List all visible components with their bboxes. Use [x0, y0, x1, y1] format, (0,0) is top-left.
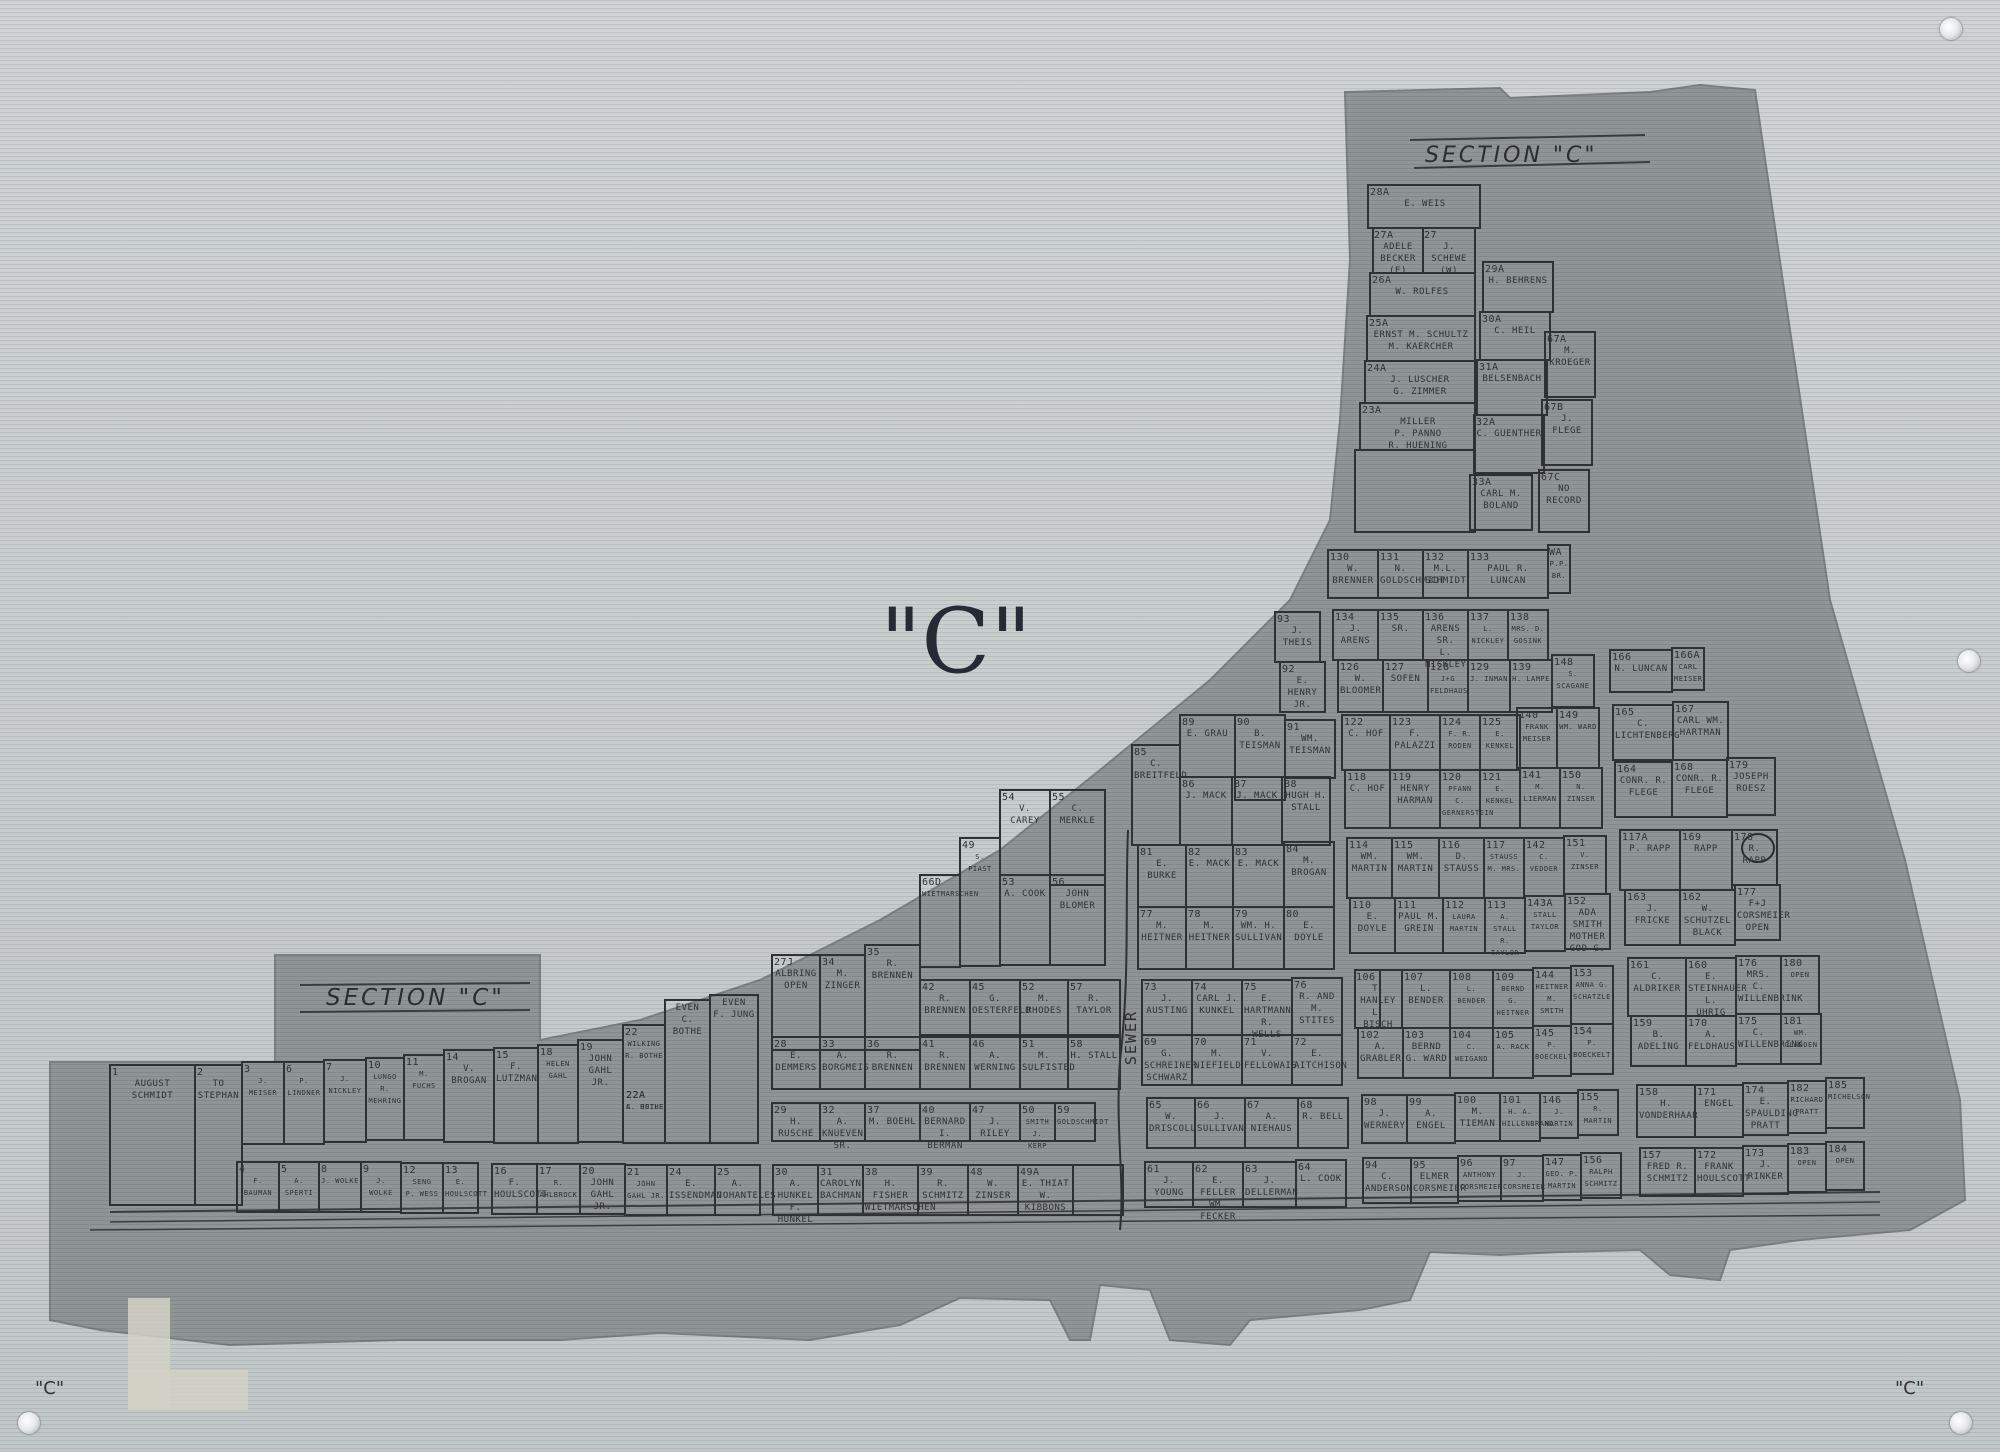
plot-number: 49	[962, 840, 998, 851]
plot-24[interactable]: 24E. ISSENDMAN	[669, 1167, 713, 1202]
plot-134[interactable]: 134J. ARENS	[1335, 612, 1376, 647]
plot-21[interactable]: 21JOHN GAHL JR.	[627, 1167, 665, 1202]
plot-owner-name: D. STAUSS	[1444, 852, 1480, 874]
plot-owner-name: JOHN BLOMER	[1060, 889, 1096, 911]
plot-number: 91	[1287, 722, 1333, 733]
plot-number: 164	[1617, 764, 1670, 775]
plot-166a[interactable]: 166ACARL MEISER	[1674, 650, 1702, 685]
plot-36[interactable]: 36R. BRENNEN	[867, 1039, 918, 1074]
plot-62[interactable]: 62E. FELLER WM. FECKER	[1195, 1164, 1241, 1223]
plot-96[interactable]: 96ANTHONY CORSMEIER	[1460, 1158, 1499, 1193]
plot-97[interactable]: 97J. CORSMEIER	[1503, 1158, 1541, 1193]
plot-number: 97	[1503, 1158, 1541, 1169]
corner-note-bottom-right: "C"	[1895, 1378, 1924, 1399]
plot-32a[interactable]: 32AC. GUENTHER	[1476, 417, 1542, 440]
plot-number: 12	[403, 1165, 441, 1176]
plot-64[interactable]: 64L. COOK	[1298, 1162, 1344, 1185]
plot-66[interactable]: 66J. SULLIVAN	[1197, 1100, 1243, 1135]
plot-number: 73	[1144, 982, 1190, 993]
plot-number: 37	[867, 1105, 918, 1116]
plot-174[interactable]: 174E. SPAULDING PRATT	[1745, 1085, 1786, 1132]
plot-142[interactable]: 142C. VEDDER	[1526, 840, 1562, 875]
plot-113[interactable]: 113A. STALL R. TAYLOR	[1487, 900, 1523, 959]
plot-144[interactable]: 144HEITNER M. SMITH	[1535, 970, 1569, 1017]
plot-56[interactable]: 56JOHN BLOMER	[1052, 877, 1103, 912]
plot-number: 27A	[1374, 230, 1422, 241]
plot-owner-name: E. WEIS	[1404, 199, 1445, 209]
plot-number: 23A	[1362, 405, 1474, 416]
plot-154[interactable]: 154P. BOECKELT	[1573, 1026, 1611, 1061]
plot-owner-name: R. MARTIN	[1584, 1105, 1612, 1125]
plot-25a[interactable]: 25AERNST M. SCHULTZ M. KAERCHER	[1369, 318, 1473, 353]
plot-181[interactable]: 181WM. GLADDEN	[1783, 1016, 1819, 1051]
plot-owner-name: P.P. BR.	[1550, 560, 1569, 580]
plot-22[interactable]: 22WILKING R. BOTHE	[625, 1027, 663, 1062]
pushpin-icon	[1950, 1412, 1972, 1434]
plot-number: 85	[1134, 747, 1178, 758]
plot-owner-name: PAUL M. GREIN	[1398, 912, 1439, 934]
plot-7[interactable]: 7J. NICKLEY	[326, 1062, 364, 1097]
plot-133[interactable]: 133PAUL R. LUNCAN	[1470, 552, 1546, 587]
plot-18[interactable]: 18HELEN GAHL	[540, 1047, 576, 1082]
plot-54[interactable]: 54V. CAREY	[1002, 792, 1048, 827]
plot-156[interactable]: 156RALPH SCHMITZ	[1583, 1155, 1619, 1190]
plot-owner-name: M. FUCHS	[412, 1070, 436, 1090]
plot-128[interactable]: 128J+G FELDHAUS	[1430, 662, 1466, 697]
plot-25[interactable]: 25A. JOHANTELES	[717, 1167, 758, 1202]
plot-2[interactable]: 2TO STEPHAN	[197, 1067, 240, 1102]
plot-number: 13	[445, 1165, 476, 1176]
plot-183[interactable]: 183OPEN	[1790, 1146, 1824, 1169]
plot-owner-name: SENG P. WESS	[405, 1178, 438, 1198]
plot-135[interactable]: 135SR.	[1380, 612, 1421, 635]
plot-owner-name: E. GRAU	[1187, 729, 1228, 739]
plot-137[interactable]: 137L. NICKLEY	[1470, 612, 1506, 647]
plot-owner-name: WM. TEISMAN	[1289, 734, 1330, 756]
plot-owner-name: C. HOF	[1350, 784, 1386, 794]
plot-owner-name: R. SCHMITZ	[922, 1179, 963, 1201]
plot-number: 169	[1682, 832, 1730, 843]
plot-126[interactable]: 126W. BLOOMER	[1340, 662, 1381, 697]
plot-number: 116	[1441, 840, 1482, 851]
plot-179[interactable]: 179JOSEPH ROESZ	[1729, 760, 1773, 795]
plot-79[interactable]: 79WM. H. SULLIVAN	[1235, 909, 1282, 944]
plot-number: 128	[1430, 662, 1466, 673]
plot-owner-name: E. MACK	[1189, 859, 1230, 869]
plot-111[interactable]: 111PAUL M. GREIN	[1397, 900, 1441, 935]
plot-owner-name: R. AHLBROCK	[540, 1179, 578, 1199]
plot-151[interactable]: 151V. ZINSER	[1566, 838, 1604, 873]
plot-152[interactable]: 152ADA SMITH MOTHER GOD G.	[1567, 896, 1608, 955]
plot-49[interactable]: 49S. PIAST	[962, 840, 998, 875]
plot-166[interactable]: 166N. LUNCAN	[1612, 652, 1670, 675]
plot-167[interactable]: 167CARL WM. HARTMAN	[1675, 704, 1726, 739]
plot-74[interactable]: 74CARL J. KUNKEL	[1194, 982, 1240, 1017]
plot-108[interactable]: 108L. BENDER	[1452, 972, 1491, 1007]
plot-owner-name: M. RHODES	[1026, 994, 1062, 1016]
plot-number: 171	[1697, 1087, 1741, 1098]
plot-number: 103	[1405, 1030, 1448, 1041]
plot-71[interactable]: 71V. FELLOWAIS	[1244, 1037, 1290, 1072]
plot-6[interactable]: 6P. LINDNER	[286, 1064, 322, 1099]
plot-owner-name: HEITNER M. SMITH	[1535, 983, 1568, 1015]
plot-77[interactable]: 77M. HEITNER	[1140, 909, 1184, 944]
plot-102[interactable]: 102A. GRABLER	[1360, 1030, 1401, 1065]
plot-73[interactable]: 73J. AUSTING	[1144, 982, 1190, 1017]
plot-67[interactable]: 67A. NIEHAUS	[1247, 1100, 1296, 1135]
plot-130[interactable]: 130W. BRENNER	[1330, 552, 1376, 587]
plot-170[interactable]: 170A. FELDHAUS	[1688, 1018, 1734, 1053]
plot-176[interactable]: 176MRS. C. WILLENBRINK	[1738, 958, 1779, 1005]
plot-28[interactable]: 28E. DEMMERS	[774, 1039, 818, 1074]
plot-117a[interactable]: 117AP. RAPP	[1622, 832, 1678, 855]
plot-even1[interactable]: EVEN C. BOTHE	[667, 1002, 708, 1038]
plot-30a[interactable]: 30AC. HEIL	[1482, 314, 1548, 337]
plot-number: 7	[326, 1062, 364, 1073]
plot-owner-name: FRANK MEISER	[1523, 723, 1551, 743]
plot-147[interactable]: 147GEO. P. MARTIN	[1545, 1157, 1579, 1192]
plot-184[interactable]: 184OPEN	[1828, 1144, 1862, 1167]
plot-26a[interactable]: 26AW. ROLFES	[1372, 275, 1472, 298]
plot-owner-name: SMITH J. KERP	[1026, 1118, 1050, 1150]
plot-61[interactable]: 61J. YOUNG	[1147, 1164, 1191, 1199]
plot-38[interactable]: 38H. FISHER WIETMARSCHEN	[865, 1167, 916, 1214]
plot-139[interactable]: 139H. LAMPE	[1512, 662, 1550, 685]
plot-155[interactable]: 155R. MARTIN	[1580, 1092, 1616, 1127]
plot-68[interactable]: 68R. BELL	[1300, 1100, 1346, 1123]
plot-107[interactable]: 107L. BENDER	[1404, 972, 1448, 1007]
plot-owner-name: R. BRENNEN	[872, 1051, 913, 1073]
plot-number: 5	[281, 1164, 317, 1175]
plot-owner-name: RAPP	[1694, 844, 1718, 854]
plot-33[interactable]: 33A. BORGMEIS	[822, 1039, 863, 1074]
plot-91[interactable]: 91WM. TEISMAN	[1287, 722, 1333, 757]
plot-number: 14	[446, 1052, 492, 1063]
plot-31[interactable]: 31CAROLYN BACHMAN	[820, 1167, 861, 1202]
plot-150[interactable]: 150N. ZINSER	[1562, 770, 1600, 805]
plot-103[interactable]: 103BERND G. WARD	[1405, 1030, 1448, 1065]
plot-48[interactable]: 48W. ZINSER	[970, 1167, 1016, 1202]
plot-number: 67B	[1544, 402, 1590, 413]
plot-number: 117	[1486, 840, 1522, 851]
plot-145[interactable]: 145P. BOECKELT	[1535, 1028, 1569, 1063]
plot-even2[interactable]: EVEN F. JUNG	[712, 997, 756, 1021]
plot-owner-name: WILKING R. BOTHE	[625, 1040, 663, 1060]
plot-owner-name: A. BORGMEIS	[822, 1051, 869, 1073]
plot-owner-name: HELEN GAHL	[546, 1060, 570, 1080]
plot-171[interactable]: 171ENGEL	[1697, 1087, 1741, 1110]
plot-owner-name: M. NIEFIELD	[1194, 1049, 1241, 1071]
plot-number: 175	[1738, 1016, 1779, 1027]
plot-146[interactable]: 146J. MARTIN	[1542, 1095, 1576, 1130]
plot-76[interactable]: 76R. AND M. STITES	[1294, 980, 1340, 1027]
plot-number: 136	[1425, 612, 1466, 623]
plot-104[interactable]: 104C. WEIGAND	[1452, 1030, 1491, 1065]
plot-92[interactable]: 92E. HENRY JR.	[1282, 664, 1323, 711]
plot-1[interactable]: 1AUGUST SCHMIDT	[112, 1067, 193, 1102]
plot-112[interactable]: 112LAURA MARTIN	[1445, 900, 1483, 935]
plot-70[interactable]: 70M. NIEFIELD	[1194, 1037, 1240, 1072]
plot-number: 160	[1688, 960, 1734, 971]
plot-114[interactable]: 114WM. MARTIN	[1349, 840, 1390, 875]
plot-number: 131	[1380, 552, 1421, 563]
plot-owner-name: V. BROGAN	[451, 1064, 487, 1086]
plot-wa[interactable]: WAP.P. BR.	[1549, 547, 1569, 582]
plot-owner-name: N. ZINSER	[1567, 783, 1595, 803]
plot-138[interactable]: 138MRS. D. GOSINK	[1510, 612, 1546, 647]
plot-40[interactable]: 40BERNARD I. BERMAN	[922, 1105, 968, 1152]
plot-11[interactable]: 11M. FUCHS	[406, 1057, 442, 1092]
plot-number: 38	[865, 1167, 916, 1178]
plot-153[interactable]: 153ANNA G. SCHATZLE	[1573, 968, 1611, 1003]
plot-169[interactable]: 169RAPP	[1682, 832, 1730, 855]
plot-89[interactable]: 89E. GRAU	[1182, 717, 1233, 740]
plot-149[interactable]: 149WM. WARD	[1559, 710, 1597, 733]
plot-number: 54	[1002, 792, 1048, 803]
plot-124[interactable]: 124F. R. RODEN	[1442, 717, 1478, 752]
plot-178[interactable]: 178R. RAPP	[1734, 832, 1775, 867]
plot-185[interactable]: 185MICHELSON	[1828, 1080, 1862, 1103]
plot-55[interactable]: 55C. MERKLE	[1052, 792, 1103, 827]
plot-15[interactable]: 15F. LUTZMAN	[496, 1050, 536, 1085]
plot-9[interactable]: 9J. WOLKE	[363, 1164, 399, 1199]
plot-84[interactable]: 84M. BROGAN	[1286, 844, 1332, 879]
plot-116[interactable]: 116D. STAUSS	[1441, 840, 1482, 875]
plot-8[interactable]: 8J. WOLKE	[321, 1164, 359, 1187]
plot-160[interactable]: 160E. STEINHAUER L. UHRIG	[1688, 960, 1734, 1019]
plot-125[interactable]: 125E. KENKEL	[1482, 717, 1518, 752]
plot-owner-name: MICHELSON	[1828, 1093, 1870, 1101]
plot-number: 40	[922, 1105, 968, 1116]
plot-4[interactable]: 4F. BAUMAN	[239, 1164, 277, 1199]
plot-number: 120	[1442, 772, 1478, 783]
plot-owner-name: ERNST M. SCHULTZ M. KAERCHER	[1374, 330, 1469, 352]
plot-owner-name: S. PIAST	[968, 853, 992, 873]
plot-95[interactable]: 95ELMER CORSMEIER	[1413, 1160, 1456, 1195]
plot-number: 135	[1380, 612, 1421, 623]
plot-owner-name: J. CORSMEIER	[1503, 1171, 1545, 1191]
plot-29a[interactable]: 29AH. BEHRENS	[1485, 264, 1551, 287]
plot-72[interactable]: 72E. AITCHISON	[1294, 1037, 1340, 1072]
plot-owner-name: M. HEITNER	[1141, 921, 1182, 943]
plot-131[interactable]: 131N. GOLDSCHMIDT	[1380, 552, 1421, 587]
plot-number: 147	[1545, 1157, 1579, 1168]
plot-number: 67	[1247, 1100, 1296, 1111]
plot-69[interactable]: 69G. SCHREINER SCHWARZ	[1144, 1037, 1190, 1084]
plot-162[interactable]: 162W. SCHUTZEL BLACK	[1682, 892, 1733, 939]
plot-66d[interactable]: 66DWIETMARSCHEN	[922, 877, 958, 900]
plot-owner-name: G. SCHREINER SCHWARZ	[1144, 1049, 1197, 1083]
plot-168[interactable]: 168CONR. R. FLEGE	[1674, 762, 1725, 797]
plot-10[interactable]: 10LUNGO R. MEHRING	[368, 1060, 402, 1107]
plot-173[interactable]: 173J. RINKER	[1745, 1148, 1786, 1183]
plot-85[interactable]: 85C. BREITFELD	[1134, 747, 1178, 782]
plot-65[interactable]: 65W. DRISCOLL	[1149, 1100, 1193, 1135]
plot-140[interactable]: 140FRANK MEISER	[1519, 710, 1555, 745]
plot-87[interactable]: 87J. MACK	[1234, 779, 1280, 802]
plot-number: 51	[1022, 1039, 1066, 1050]
plot-27a[interactable]: 27AADELE BECKER (E)	[1374, 230, 1422, 277]
plot-119[interactable]: 119HENRY HARMAN	[1392, 772, 1438, 807]
plot-5[interactable]: 5A. SPERTI	[281, 1164, 317, 1199]
plot-number: 117A	[1622, 832, 1678, 843]
plot-164[interactable]: 164CONR. R. FLEGE	[1617, 764, 1670, 799]
plot-161[interactable]: 161C. ALDRIKER	[1630, 960, 1684, 995]
plot-78[interactable]: 78M. HEITNER	[1188, 909, 1231, 944]
plot-141[interactable]: 141M. LIERMAN	[1522, 770, 1558, 805]
plot-owner-name: J. SULLIVAN	[1197, 1112, 1244, 1134]
plot-182[interactable]: 182RICHARD PRATT	[1790, 1083, 1824, 1118]
plot-63[interactable]: 63J. DELLERMAN	[1245, 1164, 1294, 1199]
plot-number: 143A	[1527, 898, 1563, 909]
plot-number: 111	[1397, 900, 1441, 911]
plot-82[interactable]: 82E. MACK	[1188, 847, 1231, 870]
plot-number: 92	[1282, 664, 1323, 675]
plot-number: 47	[972, 1105, 1018, 1116]
plot-owner-name: W. BRENNER	[1332, 564, 1373, 586]
plot-17[interactable]: 17R. AHLBROCK	[539, 1166, 578, 1201]
plot-owner-name: W. SCHUTZEL BLACK	[1684, 904, 1731, 938]
plot-50[interactable]: 50SMITH J. KERP	[1022, 1105, 1053, 1152]
plot-37[interactable]: 37M. BOEHL	[867, 1105, 918, 1128]
plot-101[interactable]: 101H. A. HILLENBRAND	[1502, 1095, 1538, 1130]
plot-number: 133	[1470, 552, 1546, 563]
plot-57[interactable]: 57R. TAYLOR	[1070, 982, 1118, 1017]
plot-33a[interactable]: 33ACARL M. BOLAND	[1472, 477, 1530, 512]
plot-120[interactable]: 120PFANN C. GERNERSTEIN	[1442, 772, 1478, 819]
plot-51[interactable]: 51M. SULFISTED	[1022, 1039, 1066, 1074]
plot-27[interactable]: 27J. SCHEWE (W)	[1424, 230, 1474, 277]
plot-owner-name: E. KENKEL	[1486, 785, 1514, 805]
plot-117[interactable]: 117STAUSS M. MRS.	[1486, 840, 1522, 875]
sewer-label: SEWER	[1122, 1010, 1140, 1065]
plot-86[interactable]: 86J. MACK	[1182, 779, 1230, 802]
plot-106[interactable]: 106T. HANLEY L. BISCH	[1356, 972, 1400, 1031]
plot-number: 68	[1300, 1100, 1346, 1111]
plot-158[interactable]: 158H. VONDERHAAR	[1639, 1087, 1693, 1122]
plot-27j[interactable]: 27JALBRING OPEN	[774, 957, 818, 992]
plot-23a[interactable]: 23AMILLER P. PANNO R. HUENING	[1362, 405, 1474, 452]
plot-12[interactable]: 12SENG P. WESS	[403, 1165, 441, 1200]
plot-32[interactable]: 32A. KNUEVEN SR.	[822, 1105, 863, 1152]
plot-46[interactable]: 46A. WERNING	[972, 1039, 1018, 1074]
plot-98[interactable]: 98J. WERNERY	[1364, 1097, 1405, 1132]
plot-80[interactable]: 80E. DOYLE	[1286, 909, 1332, 944]
plot-88[interactable]: 88HUGH H. STALL	[1284, 779, 1328, 814]
plot-180[interactable]: 180OPEN	[1783, 958, 1817, 981]
plot-number: 22A	[626, 1090, 664, 1101]
plot-148[interactable]: 148S. SCAGANE	[1554, 657, 1592, 692]
plot-52[interactable]: 52M. RHODES	[1022, 982, 1066, 1017]
plot-110[interactable]: 110E. DOYLE	[1352, 900, 1393, 935]
plot-42[interactable]: 42R. BRENNEN	[922, 982, 968, 1017]
plot-81[interactable]: 81E. BURKE	[1140, 847, 1184, 882]
plot-157[interactable]: 157FRED R. SCHMITZ	[1642, 1150, 1693, 1185]
plot-143a[interactable]: 143ASTALL TAYLOR	[1527, 898, 1563, 933]
plot-177[interactable]: 177F+J CORSMEIER OPEN	[1737, 887, 1778, 934]
plot-45[interactable]: 45G. OESTERFELD	[972, 982, 1018, 1017]
section-title-top: SECTION "C"	[1425, 143, 1598, 168]
plot-105[interactable]: 105A. RACK	[1495, 1030, 1531, 1053]
plot-159[interactable]: 159B. ADELING	[1633, 1018, 1684, 1053]
plot-109[interactable]: 109BERND G. HEITNER	[1495, 972, 1531, 1019]
plot-24a[interactable]: 24AJ. LUSCHER G. ZIMMER	[1367, 363, 1473, 398]
plot-34[interactable]: 34M. ZINGER	[822, 957, 863, 992]
plot-100[interactable]: 100M. TIEMAN	[1457, 1095, 1498, 1130]
plot-owner-name: LUNGO R. MEHRING	[368, 1073, 401, 1105]
plot-67b[interactable]: 67BJ. FLEGE	[1544, 402, 1590, 437]
plot-118[interactable]: 118C. HOF	[1347, 772, 1388, 795]
plot-number: 99	[1409, 1097, 1453, 1108]
plot-13[interactable]: 13E. HOULSCOTT	[445, 1165, 476, 1200]
plot-59[interactable]: 59GOLDSCHMIDT	[1057, 1105, 1093, 1128]
plot-39[interactable]: 39R. SCHMITZ	[920, 1167, 966, 1202]
plot-99[interactable]: 99A. ENGEL	[1409, 1097, 1453, 1132]
plot-3[interactable]: 3J. MEISER	[244, 1064, 282, 1099]
plot-58[interactable]: 58H. STALL	[1070, 1039, 1118, 1062]
plot-number: 21	[627, 1167, 665, 1178]
plot-67c[interactable]: 67CNO RECORD	[1541, 472, 1587, 507]
plot-owner-name: E. THIAT W. KIBBONS	[1022, 1179, 1069, 1213]
plot-94[interactable]: 94C. ANDERSON	[1365, 1160, 1409, 1195]
plot-83[interactable]: 83E. MACK	[1235, 847, 1282, 870]
plot-16[interactable]: 16F. HOULSCOTT	[494, 1166, 535, 1201]
plot-90[interactable]: 90B. TEISMAN	[1237, 717, 1283, 752]
plot-132[interactable]: 132M.L. SCHMIDT	[1425, 552, 1466, 587]
plot-123[interactable]: 123F. PALAZZI	[1392, 717, 1438, 752]
plot-93[interactable]: 93J. THEIS	[1277, 614, 1318, 649]
plot-number: 156	[1583, 1155, 1619, 1166]
plot-22a[interactable]: 22AA. HEILE	[626, 1090, 664, 1113]
plot-29[interactable]: 29H. RUSCHE	[774, 1105, 818, 1140]
plot-14[interactable]: 14V. BROGAN	[446, 1052, 492, 1087]
plot-165[interactable]: 165C. LICHTENBERG	[1615, 707, 1671, 742]
plot-number: 185	[1828, 1080, 1862, 1091]
plot-127[interactable]: 127SOFEN	[1385, 662, 1426, 685]
plot-172[interactable]: 172FRANK HOULSCOTT	[1697, 1150, 1741, 1185]
plot-75[interactable]: 75E. HARTMANN R. WELLS	[1244, 982, 1290, 1041]
plot-number: 124	[1442, 717, 1478, 728]
plot-53[interactable]: 53A. COOK	[1002, 877, 1048, 900]
plot-47[interactable]: 47J. RILEY	[972, 1105, 1018, 1140]
plot-121[interactable]: 121E. KENKEL	[1482, 772, 1518, 807]
plot-number: 141	[1522, 770, 1558, 781]
plot-number: 122	[1344, 717, 1388, 728]
plot-20[interactable]: 20JOHN GAHL JR.	[582, 1166, 623, 1213]
plot-31a[interactable]: 31ABELSENBACH	[1479, 362, 1545, 385]
plot-number: 72	[1294, 1037, 1340, 1048]
plot-129[interactable]: 129J. INMAN	[1470, 662, 1508, 685]
plot-41[interactable]: 41R. BRENNEN	[922, 1039, 968, 1074]
plot-175[interactable]: 175C. WILLENBRINK	[1738, 1016, 1779, 1051]
plot-number: 87	[1234, 779, 1280, 790]
plot-number: 35	[867, 947, 918, 958]
plot-67a[interactable]: 67AM. KROEGER	[1547, 334, 1593, 369]
plot-28a[interactable]: 28AE. WEIS	[1370, 187, 1480, 210]
plot-number: 150	[1562, 770, 1600, 781]
plot-owner-name: H. VONDERHAAR	[1639, 1099, 1698, 1121]
plot-number: 161	[1630, 960, 1684, 971]
plot-19[interactable]: 19JOHN GAHL JR.	[580, 1042, 621, 1089]
plot-163[interactable]: 163J. FRICKE	[1627, 892, 1678, 927]
plot-owner-name: C. HOF	[1348, 729, 1384, 739]
plot-30[interactable]: 30A. HUNKEL F. HUNKEL	[775, 1167, 816, 1226]
plot-49a[interactable]: 49AE. THIAT W. KIBBONS	[1020, 1167, 1071, 1214]
plot-122[interactable]: 122C. HOF	[1344, 717, 1388, 740]
plot-35[interactable]: 35R. BRENNEN	[867, 947, 918, 982]
plot-115[interactable]: 115WM. MARTIN	[1394, 840, 1437, 875]
plot-owner-name: OPEN	[1798, 1159, 1817, 1167]
